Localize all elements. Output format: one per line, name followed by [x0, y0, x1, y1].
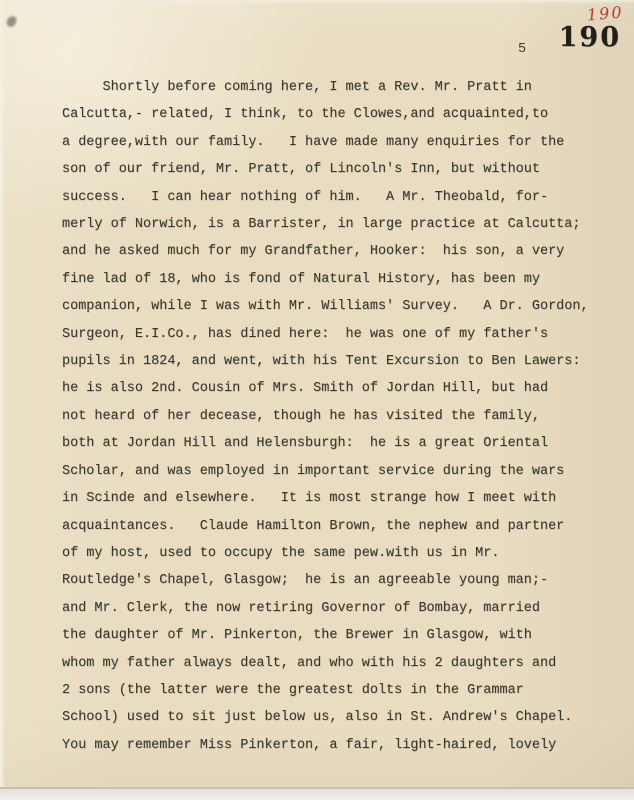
- ink-smudge: [5, 15, 17, 28]
- text-line: Scholar, and was employed in important s…: [62, 458, 610, 485]
- paper-top-edge: [0, 0, 634, 4]
- paper-left-edge: [0, 0, 5, 788]
- text-line: he is also 2nd. Cousin of Mrs. Smith of …: [62, 375, 610, 402]
- text-line: whom my father always dealt, and who wit…: [62, 650, 610, 677]
- text-line: son of our friend, Mr. Pratt, of Lincoln…: [62, 156, 610, 183]
- text-line: Surgeon, E.I.Co., has dined here: he was…: [62, 321, 610, 348]
- text-line: Calcutta,- related, I think, to the Clow…: [62, 101, 610, 128]
- text-line: merly of Norwich, is a Barrister, in lar…: [62, 211, 610, 238]
- text-line: and he asked much for my Grandfather, Ho…: [62, 238, 610, 265]
- text-line: the daughter of Mr. Pinkerton, the Brewe…: [62, 622, 610, 649]
- text-line: pupils in 1824, and went, with his Tent …: [62, 348, 610, 375]
- text-line: School) used to sit just below us, also …: [62, 704, 610, 731]
- text-line: both at Jordan Hill and Helensburgh: he …: [62, 430, 610, 457]
- text-line: acquaintances. Claude Hamilton Brown, th…: [62, 513, 610, 540]
- text-line: Routledge's Chapel, Glasgow; he is an ag…: [62, 567, 610, 594]
- scanned-letter-page: 190 190 5 Shortly before coming here, I …: [0, 0, 634, 800]
- stamped-folio-number: 190: [559, 22, 621, 53]
- text-line: Shortly before coming here, I met a Rev.…: [62, 74, 610, 101]
- letter-body: Shortly before coming here, I met a Rev.…: [62, 74, 610, 759]
- text-line: and Mr. Clerk, the now retiring Governor…: [62, 595, 610, 622]
- paper-bottom-edge: [0, 787, 634, 800]
- text-line: not heard of her decease, though he has …: [62, 403, 610, 430]
- typed-page-number: 5: [518, 42, 526, 57]
- text-line: success. I can hear nothing of him. A Mr…: [62, 184, 610, 211]
- text-line: 2 sons (the latter were the greatest dol…: [62, 677, 610, 704]
- text-line: fine lad of 18, who is fond of Natural H…: [62, 266, 610, 293]
- text-line: You may remember Miss Pinkerton, a fair,…: [62, 732, 610, 759]
- text-line: in Scinde and elsewhere. It is most stra…: [62, 485, 610, 512]
- text-line: a degree,with our family. I have made ma…: [62, 129, 610, 156]
- text-line: of my host, used to occupy the same pew.…: [62, 540, 610, 567]
- text-line: companion, while I was with Mr. Williams…: [62, 293, 610, 320]
